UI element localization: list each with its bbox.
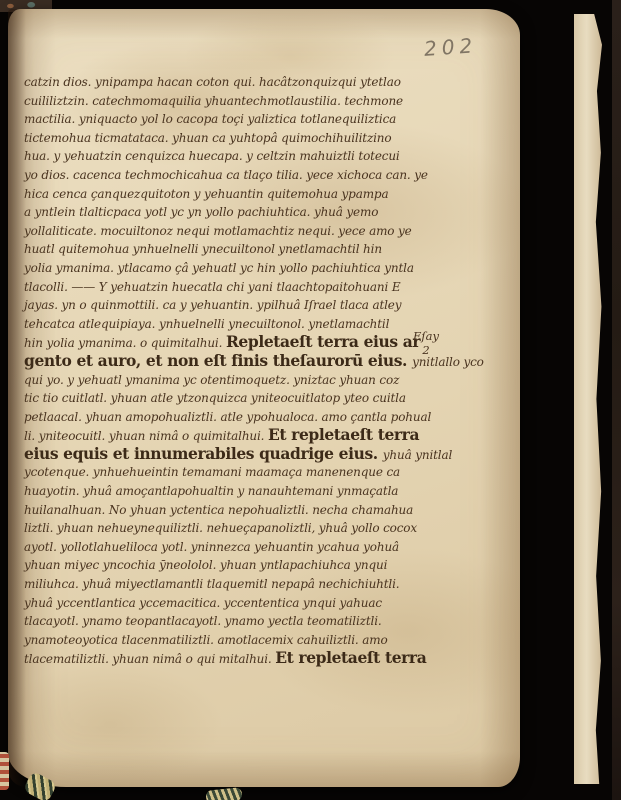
- nahuatl-text: tehcatca atlequipiaya. ynhuelnelli ynecu…: [24, 317, 389, 331]
- manuscript-line: tlacolli. —— Y yehuatzin huecatla chi ya…: [24, 278, 476, 297]
- manuscript-line: ycotenque. ynhuehueintin temamani maamaç…: [24, 463, 476, 482]
- marginal-note-number: 2: [404, 343, 448, 357]
- nahuatl-text: yhuâ yccentlantica yccemacitica. yccente…: [24, 596, 382, 610]
- manuscript-line: hua. y yehuatzin cenquizca huecapa. y ce…: [24, 147, 476, 166]
- nahuatl-text: tlacematiliztli. yhuan nimâ o qui mitalh…: [24, 652, 275, 666]
- latin-quote: Et repletaeſt terra: [268, 425, 419, 444]
- manuscript-line: cuililiztzin. catechmomaquilia yhuantech…: [24, 92, 476, 111]
- nahuatl-text: mactilia. yniquacto yol lo cacopa toçi y…: [24, 112, 396, 126]
- manuscript-line: yo dios. cacenca techmochicahua ca tlaço…: [24, 166, 476, 185]
- manuscript-line: hica cenca çanquezquitoton y yehuantin q…: [24, 185, 476, 204]
- nahuatl-text: cuililiztzin. catechmomaquilia yhuantech…: [24, 94, 403, 108]
- binding-edge: [612, 0, 621, 800]
- manuscript-line: miliuhca. yhuâ miyectlamantli tlaquemitl…: [24, 575, 476, 594]
- nahuatl-text: huatl quitemohua ynhuelnelli ynecuiltono…: [24, 242, 382, 256]
- nahuatl-text: petlaacal. yhuan amopohualiztli. atle yp…: [24, 410, 431, 424]
- marginal-note-word: Eſay: [404, 329, 448, 343]
- manuscript-line: jayas. yn o quinmottili. ca y yehuantin.…: [24, 296, 476, 315]
- manuscript-line: yollaliticate. mocuiltonoz nequi motlama…: [24, 222, 476, 241]
- latin-quote: eius equis et innumerabiles quadrige eiu…: [24, 444, 383, 463]
- nahuatl-text: ynamoteoyotica tlacenmatiliztli. amotlac…: [24, 633, 388, 647]
- nahuatl-text: ayotl. yollotlahueliloca yotl. yninnezca…: [24, 540, 399, 554]
- book-page: 202 catzin dios. ynipampa hacan coton qu…: [8, 9, 520, 787]
- nahuatl-text: hica cenca çanquezquitoton y yehuantin q…: [24, 187, 388, 201]
- manuscript-line: yhuan miyec yncochia ȳneololol. yhuan yn…: [24, 556, 476, 575]
- nahuatl-text: yhuâ ynitlal: [383, 448, 452, 462]
- nahuatl-text: ycotenque. ynhuehueintin temamani maamaç…: [24, 465, 400, 479]
- manuscript-line: huilanalhuan. No yhuan yctentica nepohua…: [24, 501, 476, 520]
- nahuatl-text: tictemohua ticmatataca. yhuan ca yuhtopâ…: [24, 131, 391, 145]
- manuscript-line: tic tio cuitlatl. yhuan atle ytzonquizca…: [24, 389, 476, 408]
- manuscript-line: tlacematiliztli. yhuan nimâ o qui mitalh…: [24, 649, 476, 668]
- manuscript-line: a yntlein tlalticpaca yotl yc yn yollo p…: [24, 203, 476, 222]
- nahuatl-text: tlacolli. —— Y yehuatzin huecatla chi ya…: [24, 280, 400, 294]
- manuscript-line: tictemohua ticmatataca. yhuan ca yuhtopâ…: [24, 129, 476, 148]
- manuscript-line: qui yo. y yehuatl ymanima yc otentimoque…: [24, 371, 476, 390]
- marginal-note: Eſay 2: [404, 329, 448, 357]
- manuscript-line: mactilia. yniquacto yol lo cacopa toçi y…: [24, 110, 476, 129]
- manuscript-line: huayotin. yhuâ amoçantlapohualtin y nana…: [24, 482, 476, 501]
- nahuatl-text: miliuhca. yhuâ miyectlamantli tlaquemitl…: [24, 577, 399, 591]
- nahuatl-text: yollaliticate. mocuiltonoz nequi motlama…: [24, 224, 412, 238]
- nahuatl-text: catzin dios. ynipampa hacan coton qui. h…: [24, 75, 401, 89]
- nahuatl-text: li. yniteocuitl. yhuan nimâ o quimitalhu…: [24, 429, 268, 443]
- manuscript-line: yhuâ yccentlantica yccemacitica. yccente…: [24, 594, 476, 613]
- manuscript-line: ynamoteoyotica tlacenmatiliztli. amotlac…: [24, 631, 476, 650]
- latin-quote: gento et auro, et non eſt finis theſauro…: [24, 351, 412, 370]
- manuscript-line: huatl quitemohua ynhuelnelli ynecuiltono…: [24, 240, 476, 259]
- nahuatl-text: tlacayotl. ynamo teopantlacayotl. ynamo …: [24, 614, 382, 628]
- nahuatl-text: hua. y yehuatzin cenquizca huecapa. y ce…: [24, 149, 400, 163]
- manuscript-line: eius equis et innumerabiles quadrige eiu…: [24, 445, 476, 464]
- manuscript-line: catzin dios. ynipampa hacan coton qui. h…: [24, 73, 476, 92]
- latin-quote: Repletaeſt terra eius ar: [226, 332, 420, 351]
- manuscript-line: li. yniteocuitl. yhuan nimâ o quimitalhu…: [24, 426, 476, 445]
- nahuatl-text: tic tio cuitlatl. yhuan atle ytzonquizca…: [24, 391, 406, 405]
- nahuatl-text: a yntlein tlalticpaca yotl yc yn yollo p…: [24, 205, 378, 219]
- nahuatl-text: huayotin. yhuâ amoçantlapohualtin y nana…: [24, 484, 398, 498]
- nahuatl-text: yo dios. cacenca techmochicahua ca tlaço…: [24, 168, 428, 182]
- nahuatl-text: jayas. yn o quinmottili. ca y yehuantin.…: [24, 298, 401, 312]
- manuscript-line: petlaacal. yhuan amopohualiztli. atle yp…: [24, 408, 476, 427]
- latin-quote: Et repletaeſt terra: [275, 648, 426, 667]
- endband-red: [0, 752, 9, 790]
- manuscript-text: catzin dios. ynipampa hacan coton qui. h…: [24, 73, 476, 668]
- nahuatl-text: hin yolia ymanima. o quimitalhui.: [24, 336, 226, 350]
- manuscript-line: yolia ymanima. ytlacamo çâ yehuatl yc hi…: [24, 259, 476, 278]
- manuscript-line: liztli. yhuan nehueynequiliztli. nehueça…: [24, 519, 476, 538]
- folio-number: 202: [423, 33, 478, 61]
- photo-background: 202 catzin dios. ynipampa hacan coton qu…: [0, 0, 621, 800]
- nahuatl-text: huilanalhuan. No yhuan yctentica nepohua…: [24, 503, 413, 517]
- endband-center: [205, 787, 242, 800]
- manuscript-line: ayotl. yollotlahueliloca yotl. yninnezca…: [24, 538, 476, 557]
- nahuatl-text: yolia ymanima. ytlacamo çâ yehuatl yc hi…: [24, 261, 414, 275]
- nahuatl-text: liztli. yhuan nehueynequiliztli. nehueça…: [24, 521, 417, 535]
- nahuatl-text: ynitlallo yco: [412, 355, 484, 369]
- nahuatl-text: qui yo. y yehuatl ymanima yc otentimoque…: [24, 373, 399, 387]
- manuscript-line: tlacayotl. ynamo teopantlacayotl. ynamo …: [24, 612, 476, 631]
- nahuatl-text: yhuan miyec yncochia ȳneololol. yhuan yn…: [24, 558, 387, 572]
